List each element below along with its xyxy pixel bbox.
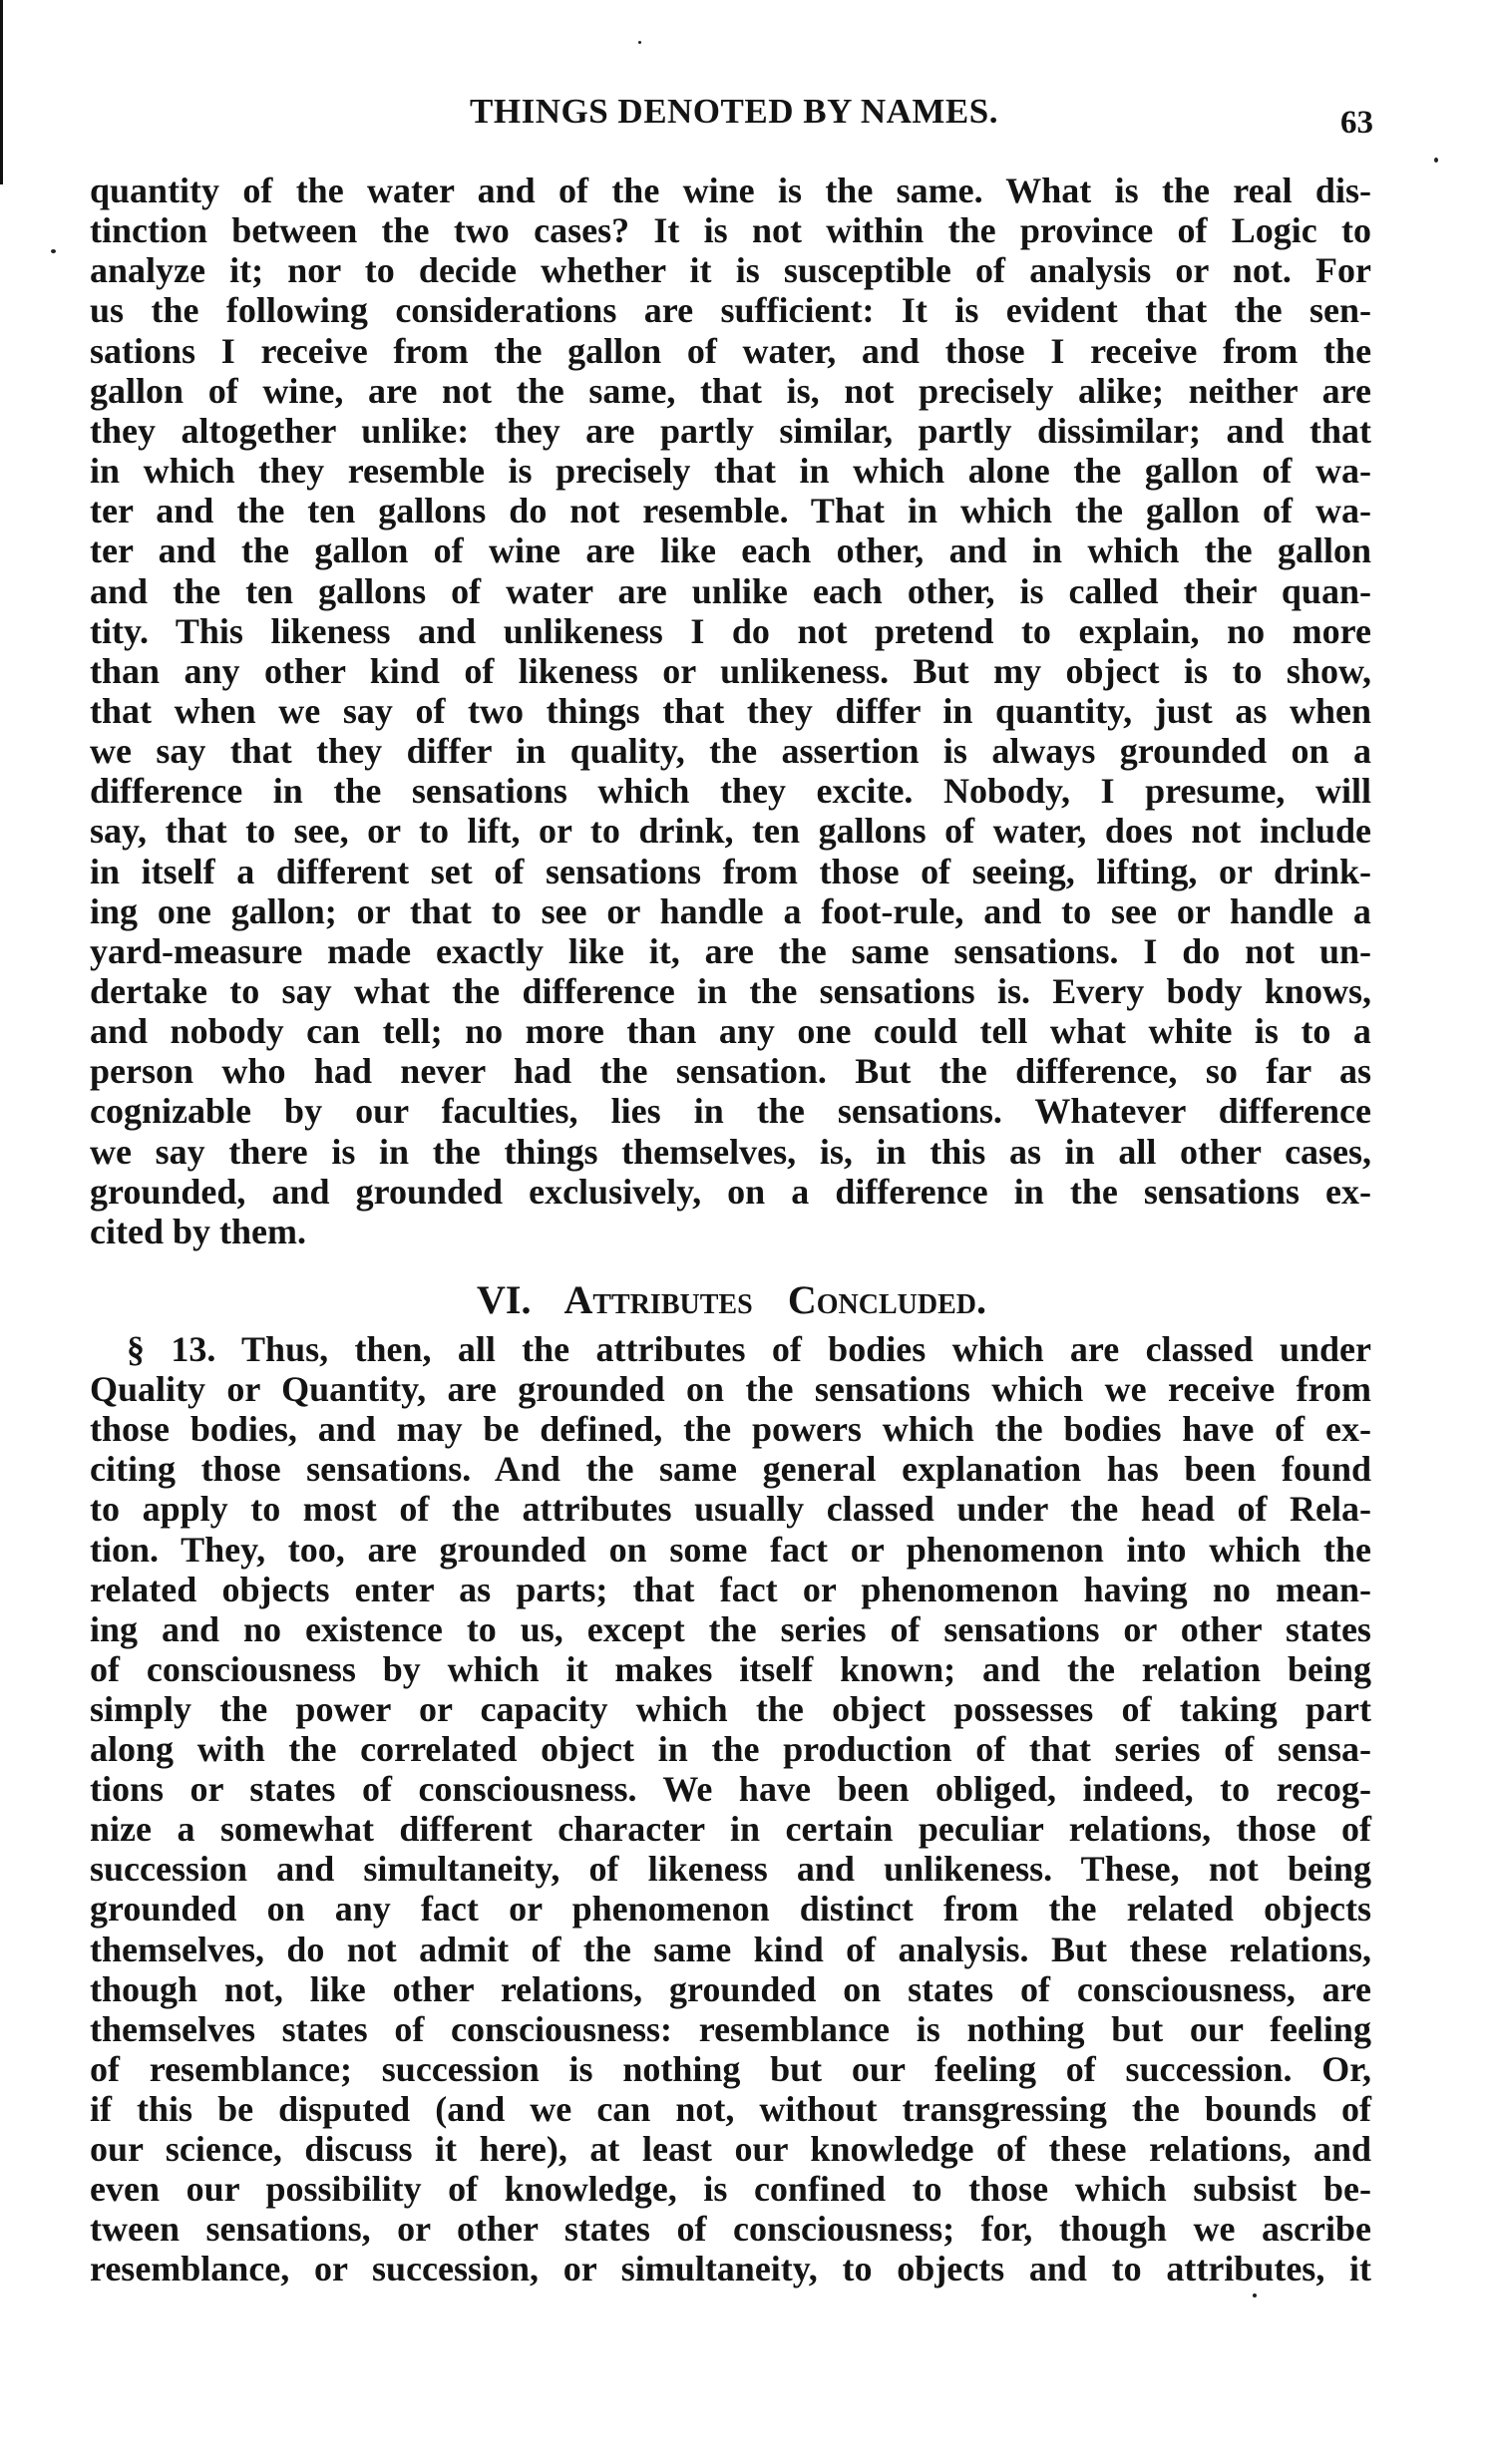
text-line: tinction between the two cases? It is no… xyxy=(90,212,1371,248)
text-line: than any other kind of likeness or unlik… xyxy=(90,653,1371,689)
text-line-content: along with the correlated object in the … xyxy=(90,1731,1371,1767)
text-line-content: quantity of the water and of the wine is… xyxy=(90,173,1371,208)
text-line: analyze it; nor to decide whether it is … xyxy=(90,252,1371,288)
text-line-content: person who had never had the sensation. … xyxy=(90,1053,1371,1089)
binding-edge-shadow xyxy=(0,0,3,184)
text-line: of resemblance; succession is nothing bu… xyxy=(90,2051,1371,2087)
text-line: cited by them. xyxy=(90,1214,306,1249)
scan-speck xyxy=(1434,158,1438,163)
text-line: our science, discuss it here), at least … xyxy=(90,2131,1371,2167)
text-line-content: ing one gallon; or that to see or handle… xyxy=(90,893,1371,929)
text-line: in itself a different set of sensations … xyxy=(90,854,1371,889)
text-line-content: of consciousness by which it makes itsel… xyxy=(90,1651,1371,1687)
text-line-content: tinction between the two cases? It is no… xyxy=(90,212,1371,248)
text-line-content: if this be disputed (and we can not, wit… xyxy=(90,2091,1371,2127)
text-line-content: and nobody can tell; no more than any on… xyxy=(90,1013,1371,1049)
text-line: us the following considerations are suff… xyxy=(90,292,1371,328)
text-line: sations I receive from the gallon of wat… xyxy=(90,333,1371,369)
scan-speck xyxy=(51,249,56,253)
text-line-content: dertake to say what the difference in th… xyxy=(90,973,1371,1009)
text-line: ter and the ten gallons do not resemble.… xyxy=(90,493,1371,528)
text-line-content: nize a somewhat different character in c… xyxy=(90,1811,1371,1847)
text-line-content: grounded on any fact or phenomenon disti… xyxy=(90,1891,1371,1927)
section-heading-text: VI. Attributes Concluded. xyxy=(477,1280,986,1320)
text-line: we say there is in the things themselves… xyxy=(90,1134,1371,1170)
text-line: though not, like other relations, ground… xyxy=(90,1971,1371,2007)
text-line: say, that to see, or to lift, or to drin… xyxy=(90,813,1371,849)
text-line-content: to apply to most of the attributes usual… xyxy=(90,1491,1371,1527)
text-line-content: than any other kind of likeness or unlik… xyxy=(90,653,1371,689)
text-line-content: those bodies, and may be defined, the po… xyxy=(90,1411,1371,1447)
text-line-content: related objects enter as parts; that fac… xyxy=(90,1572,1371,1607)
text-line-content: sations I receive from the gallon of wat… xyxy=(90,333,1371,369)
text-line-content: analyze it; nor to decide whether it is … xyxy=(90,252,1371,288)
text-line-content: § 13. Thus, then, all the attributes of … xyxy=(127,1331,1371,1367)
text-line: tion. They, too, are grounded on some fa… xyxy=(90,1532,1371,1568)
text-line: simply the power or capacity which the o… xyxy=(90,1691,1371,1727)
running-head-text: THINGS DENOTED BY NAMES. xyxy=(470,94,998,129)
text-line-content: and the ten gallons of water are unlike … xyxy=(90,573,1371,609)
section-heading: VI. Attributes Concluded. xyxy=(477,1280,986,1320)
text-line: related objects enter as parts; that fac… xyxy=(90,1572,1371,1607)
text-line: themselves, do not admit of the same kin… xyxy=(90,1932,1371,1967)
text-line: ter and the gallon of wine are like each… xyxy=(90,532,1371,568)
text-line: tity. This likeness and unlikeness I do … xyxy=(90,613,1371,649)
text-line: ing one gallon; or that to see or handle… xyxy=(90,893,1371,929)
text-line: nize a somewhat different character in c… xyxy=(90,1811,1371,1847)
running-head: THINGS DENOTED BY NAMES. xyxy=(470,94,998,129)
text-line-content: cited by them. xyxy=(90,1214,306,1249)
text-line-content: that when we say of two things that they… xyxy=(90,693,1371,729)
text-line: cognizable by our faculties, lies in the… xyxy=(90,1093,1371,1129)
text-line: those bodies, and may be defined, the po… xyxy=(90,1411,1371,1447)
text-line: we say that they differ in quality, the … xyxy=(90,733,1371,769)
text-line: quantity of the water and of the wine is… xyxy=(90,173,1371,208)
text-line: themselves states of consciousness: rese… xyxy=(90,2011,1371,2047)
text-line-content: say, that to see, or to lift, or to drin… xyxy=(90,813,1371,849)
text-line: dertake to say what the difference in th… xyxy=(90,973,1371,1009)
text-line-content: Quality or Quantity, are grounded on the… xyxy=(90,1371,1371,1407)
text-line-content: though not, like other relations, ground… xyxy=(90,1971,1371,2007)
text-line-content: citing those sensations. And the same ge… xyxy=(90,1451,1371,1487)
text-line: and nobody can tell; no more than any on… xyxy=(90,1013,1371,1049)
text-line: grounded, and grounded exclusively, on a… xyxy=(90,1174,1371,1210)
text-line-content: succession and simultaneity, of likeness… xyxy=(90,1851,1371,1887)
text-line-content: themselves, do not admit of the same kin… xyxy=(90,1932,1371,1967)
text-line-content: tions or states of consciousness. We hav… xyxy=(90,1771,1371,1807)
text-line-content: we say that they differ in quality, the … xyxy=(90,733,1371,769)
text-line: ing and no existence to us, except the s… xyxy=(90,1611,1371,1647)
text-line: Quality or Quantity, are grounded on the… xyxy=(90,1371,1371,1407)
text-line: gallon of wine, are not the same, that i… xyxy=(90,373,1371,409)
text-line: yard-measure made exactly like it, are t… xyxy=(90,933,1371,969)
text-line: even our possibility of knowledge, is co… xyxy=(90,2171,1371,2207)
text-line-content: resemblance, or succession, or simultane… xyxy=(90,2251,1371,2287)
text-line-content: us the following considerations are suff… xyxy=(90,292,1371,328)
text-line: resemblance, or succession, or simultane… xyxy=(90,2251,1371,2287)
text-line: grounded on any fact or phenomenon disti… xyxy=(90,1891,1371,1927)
text-line-content: gallon of wine, are not the same, that i… xyxy=(90,373,1371,409)
text-line: if this be disputed (and we can not, wit… xyxy=(90,2091,1371,2127)
page-number: 63 xyxy=(1336,107,1373,140)
text-line: difference in the sensations which they … xyxy=(90,773,1371,809)
text-line-content: ter and the gallon of wine are like each… xyxy=(90,532,1371,568)
text-line-content: tween sensations, or other states of con… xyxy=(90,2211,1371,2247)
text-line-content: tion. They, too, are grounded on some fa… xyxy=(90,1532,1371,1568)
text-line-content: simply the power or capacity which the o… xyxy=(90,1691,1371,1727)
text-line-content: ter and the ten gallons do not resemble.… xyxy=(90,493,1371,528)
text-line-content: in itself a different set of sensations … xyxy=(90,854,1371,889)
text-line-content: our science, discuss it here), at least … xyxy=(90,2131,1371,2167)
text-line: in which they resemble is precisely that… xyxy=(90,453,1371,489)
text-line-content: cognizable by our faculties, lies in the… xyxy=(90,1093,1371,1129)
text-line: person who had never had the sensation. … xyxy=(90,1053,1371,1089)
text-line-content: we say there is in the things themselves… xyxy=(90,1134,1371,1170)
text-line: along with the correlated object in the … xyxy=(90,1731,1371,1767)
text-line-content: tity. This likeness and unlikeness I do … xyxy=(90,613,1371,649)
text-line-content: difference in the sensations which they … xyxy=(90,773,1371,809)
text-line-content: they altogether unlike: they are partly … xyxy=(90,413,1371,449)
scan-speck xyxy=(1253,2293,1257,2297)
text-line: to apply to most of the attributes usual… xyxy=(90,1491,1371,1527)
text-line-content: yard-measure made exactly like it, are t… xyxy=(90,933,1371,969)
scan-speck xyxy=(638,41,641,44)
text-line: they altogether unlike: they are partly … xyxy=(90,413,1371,449)
text-line: succession and simultaneity, of likeness… xyxy=(90,1851,1371,1887)
text-line-content: ing and no existence to us, except the s… xyxy=(90,1611,1371,1647)
text-line-content: in which they resemble is precisely that… xyxy=(90,453,1371,489)
text-line: and the ten gallons of water are unlike … xyxy=(90,573,1371,609)
text-line-content: themselves states of consciousness: rese… xyxy=(90,2011,1371,2047)
text-line: that when we say of two things that they… xyxy=(90,693,1371,729)
book-page: THINGS DENOTED BY NAMES. 63 quantity of … xyxy=(0,0,1490,2464)
text-line-content: of resemblance; succession is nothing bu… xyxy=(90,2051,1371,2087)
text-line: § 13. Thus, then, all the attributes of … xyxy=(127,1331,1371,1367)
text-line: of consciousness by which it makes itsel… xyxy=(90,1651,1371,1687)
text-line: tions or states of consciousness. We hav… xyxy=(90,1771,1371,1807)
text-line: citing those sensations. And the same ge… xyxy=(90,1451,1371,1487)
text-line: tween sensations, or other states of con… xyxy=(90,2211,1371,2247)
text-line-content: grounded, and grounded exclusively, on a… xyxy=(90,1174,1371,1210)
text-line-content: even our possibility of knowledge, is co… xyxy=(90,2171,1371,2207)
